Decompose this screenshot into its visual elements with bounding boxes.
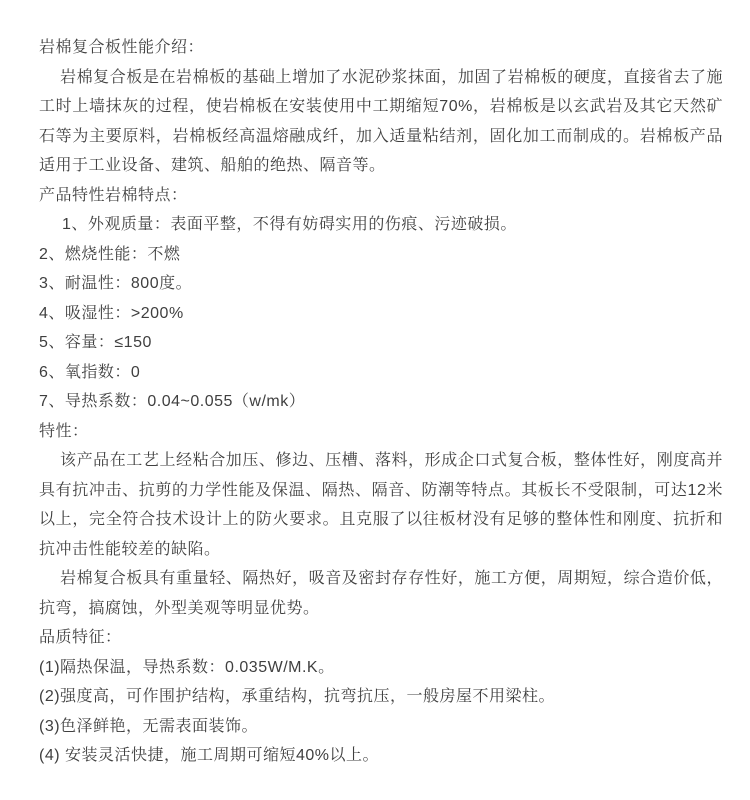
traits-paragraph-1: 该产品在工艺上经粘合加压、修边、压槽、落料，形成企口式复合板，整体性好，刚度高并… — [39, 446, 723, 564]
feature-item-4: 4、吸湿性：>200% — [39, 299, 723, 329]
feature-item-7: 7、导热系数：0.04~0.055（w/mk） — [39, 387, 723, 417]
traits-heading: 特性： — [39, 417, 723, 447]
features-heading: 产品特性岩棉特点： — [39, 181, 723, 211]
quality-item-1: (1)隔热保温，导热系数：0.035W/M.K。 — [39, 653, 723, 683]
quality-item-2: (2)强度高，可作围护结构，承重结构，抗弯抗压，一般房屋不用梁柱。 — [39, 682, 723, 712]
feature-item-1: 1、外观质量：表面平整，不得有妨碍实用的伤痕、污迹破损。 — [39, 210, 723, 240]
product-description-document: 岩棉复合板性能介绍： 岩棉复合板是在岩棉板的基础上增加了水泥砂浆抹面，加固了岩棉… — [0, 0, 750, 771]
quality-heading: 品质特征： — [39, 623, 723, 653]
intro-heading: 岩棉复合板性能介绍： — [39, 33, 723, 63]
feature-item-3: 3、耐温性：800度。 — [39, 269, 723, 299]
feature-item-5: 5、容量：≤150 — [39, 328, 723, 358]
feature-item-2: 2、燃烧性能：不燃 — [39, 240, 723, 270]
quality-item-3: (3)色泽鲜艳，无需表面装饰。 — [39, 712, 723, 742]
intro-paragraph: 岩棉复合板是在岩棉板的基础上增加了水泥砂浆抹面，加固了岩棉板的硬度，直接省去了施… — [39, 63, 723, 181]
quality-item-4: (4) 安装灵活快捷，施工周期可缩短40%以上。 — [39, 741, 723, 771]
traits-paragraph-2: 岩棉复合板具有重量轻、隔热好，吸音及密封存存性好，施工方便，周期短，综合造价低，… — [39, 564, 723, 623]
feature-item-6: 6、氧指数：0 — [39, 358, 723, 388]
